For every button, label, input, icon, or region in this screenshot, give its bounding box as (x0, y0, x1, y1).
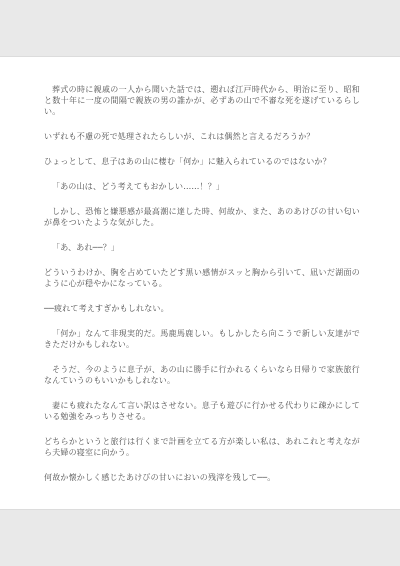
paragraph: 葬式の時に親戚の一人から聞いた話では、遡れば江戸時代から、明治に至り、昭和と数十… (44, 84, 360, 117)
paragraph: ひょっとして、息子はあの山に棲む「何か」に魅入られているのではないか？ (44, 156, 360, 167)
paragraph: 「何か」なんて非現実的だ。馬鹿馬鹿しい。もしかしたら向こうで新しい友達ができただ… (44, 328, 360, 350)
paragraph: いずれも不慮の死で処理されたらしいが、これは偶然と言えるだろうか？ (44, 131, 360, 142)
paragraph: 「あの山は、どう考えてもおかしい……！？」 (44, 181, 360, 192)
paragraph: どちらかというと旅行は行くまで計画を立てる方が楽しい私は、あれこれと考えながら夫… (44, 436, 360, 458)
paragraph: どういうわけか、胸を占めていたどす黒い感情がスッと胸から引いて、凪いだ湖面のよう… (44, 267, 360, 289)
paragraph: ──疲れて考えすぎかもしれない。 (44, 303, 360, 314)
page-gap-bottom (0, 509, 400, 566)
paragraph: 妻にも疲れたなんて言い訳はさせない。息子も遊びに行かせる代わりに疎かにしている勉… (44, 400, 360, 422)
paragraph: そうだ、今のように息子が、あの山に勝手に行かれるくらいなら日帰りで家族旅行なんて… (44, 364, 360, 386)
page-gap-top (0, 0, 400, 57)
paragraph: 何故か懐かしく感じたあけびの甘いにおいの残滓を残して──。 (44, 472, 360, 483)
page-text: 葬式の時に親戚の一人から聞いた話では、遡れば江戸時代から、明治に至り、昭和と数十… (0, 57, 400, 483)
ebook-viewer: 葬式の時に親戚の一人から聞いた話では、遡れば江戸時代から、明治に至り、昭和と数十… (0, 0, 400, 566)
paragraph: しかし、恐怖と嫌悪感が最高潮に達した時、何故か、また、あのあけびの甘い匂いが鼻を… (44, 206, 360, 228)
document-page[interactable]: 葬式の時に親戚の一人から聞いた話では、遡れば江戸時代から、明治に至り、昭和と数十… (0, 57, 400, 509)
paragraph: 「あ、あれ──？」 (44, 242, 360, 253)
